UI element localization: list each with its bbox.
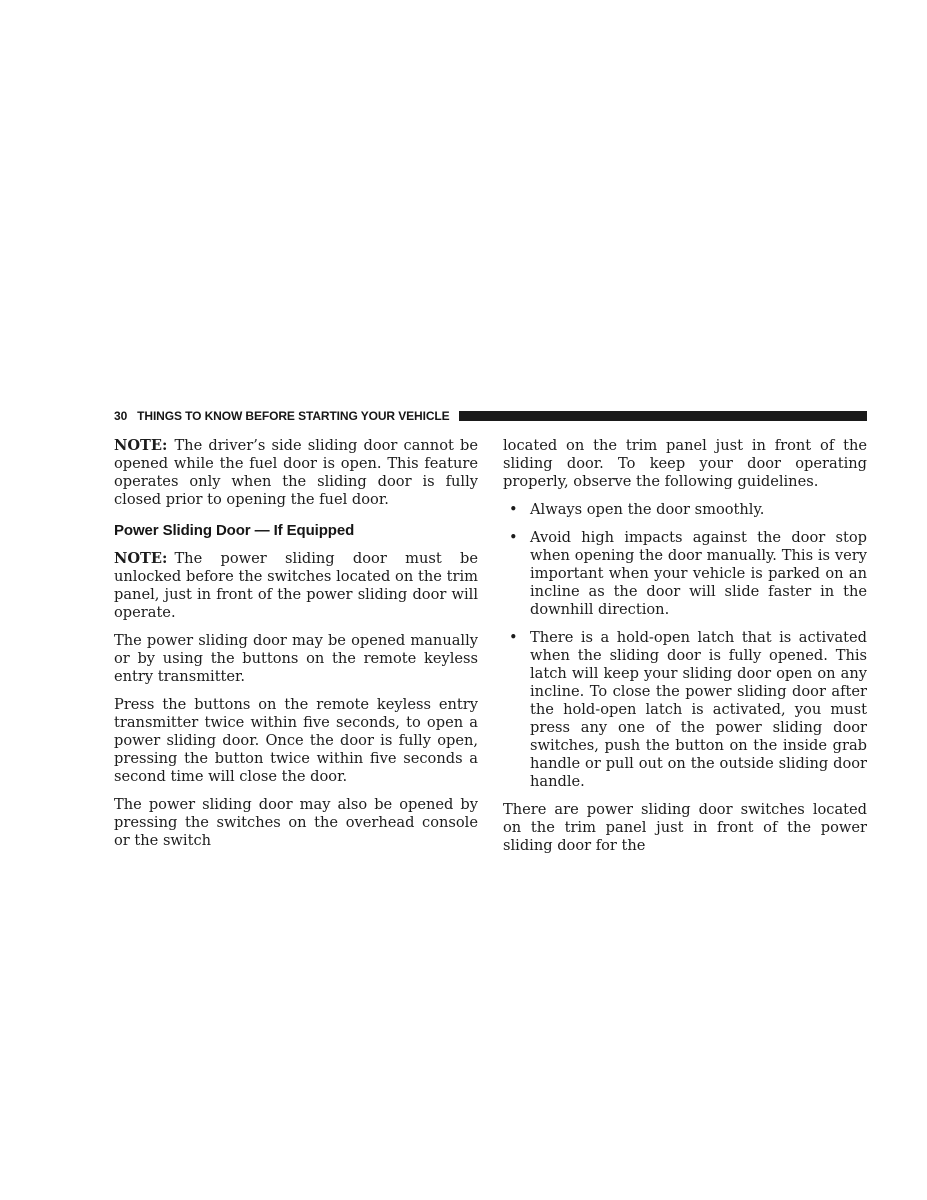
body-paragraph: The power sliding door may be opened man… (114, 632, 478, 686)
note-paragraph: NOTE:The driver’s side sliding door cann… (114, 437, 478, 509)
list-item-text: Avoid high impacts against the door stop… (530, 529, 867, 619)
body-paragraph: There are power sliding door switches lo… (503, 801, 867, 855)
bullet-marker: • (503, 629, 530, 791)
list-item: • Always open the door smoothly. (503, 501, 867, 519)
body-paragraph: located on the trim panel just in front … (503, 437, 867, 491)
section-heading: Power Sliding Door — If Equipped (114, 522, 478, 540)
page-number: 30 (114, 409, 127, 423)
note-label: NOTE: (114, 437, 167, 454)
left-column: NOTE:The driver’s side sliding door cann… (114, 437, 478, 865)
list-item: • Avoid high impacts against the door st… (503, 529, 867, 619)
note-text: The power sliding door must be unlocked … (114, 550, 478, 621)
page-content: 30 THINGS TO KNOW BEFORE STARTING YOUR V… (114, 408, 867, 865)
bullet-marker: • (503, 501, 530, 519)
manual-page: 30 THINGS TO KNOW BEFORE STARTING YOUR V… (0, 0, 927, 1200)
guidelines-list: • Always open the door smoothly. • Avoid… (503, 501, 867, 791)
running-header: 30 THINGS TO KNOW BEFORE STARTING YOUR V… (114, 408, 867, 424)
body-paragraph: Press the buttons on the remote keyless … (114, 696, 478, 786)
right-column: located on the trim panel just in front … (503, 437, 867, 865)
note-paragraph: NOTE:The power sliding door must be unlo… (114, 550, 478, 622)
list-item-text: There is a hold-open latch that is activ… (530, 629, 867, 791)
bullet-marker: • (503, 529, 530, 619)
chapter-title: THINGS TO KNOW BEFORE STARTING YOUR VEHI… (137, 409, 449, 423)
note-text: The driver’s side sliding door cannot be… (114, 437, 478, 508)
two-column-body: NOTE:The driver’s side sliding door cann… (114, 437, 867, 865)
note-label: NOTE: (114, 550, 167, 567)
header-rule-bar (459, 411, 867, 421)
list-item-text: Always open the door smoothly. (530, 501, 867, 519)
list-item: • There is a hold-open latch that is act… (503, 629, 867, 791)
body-paragraph: The power sliding door may also be opene… (114, 796, 478, 850)
